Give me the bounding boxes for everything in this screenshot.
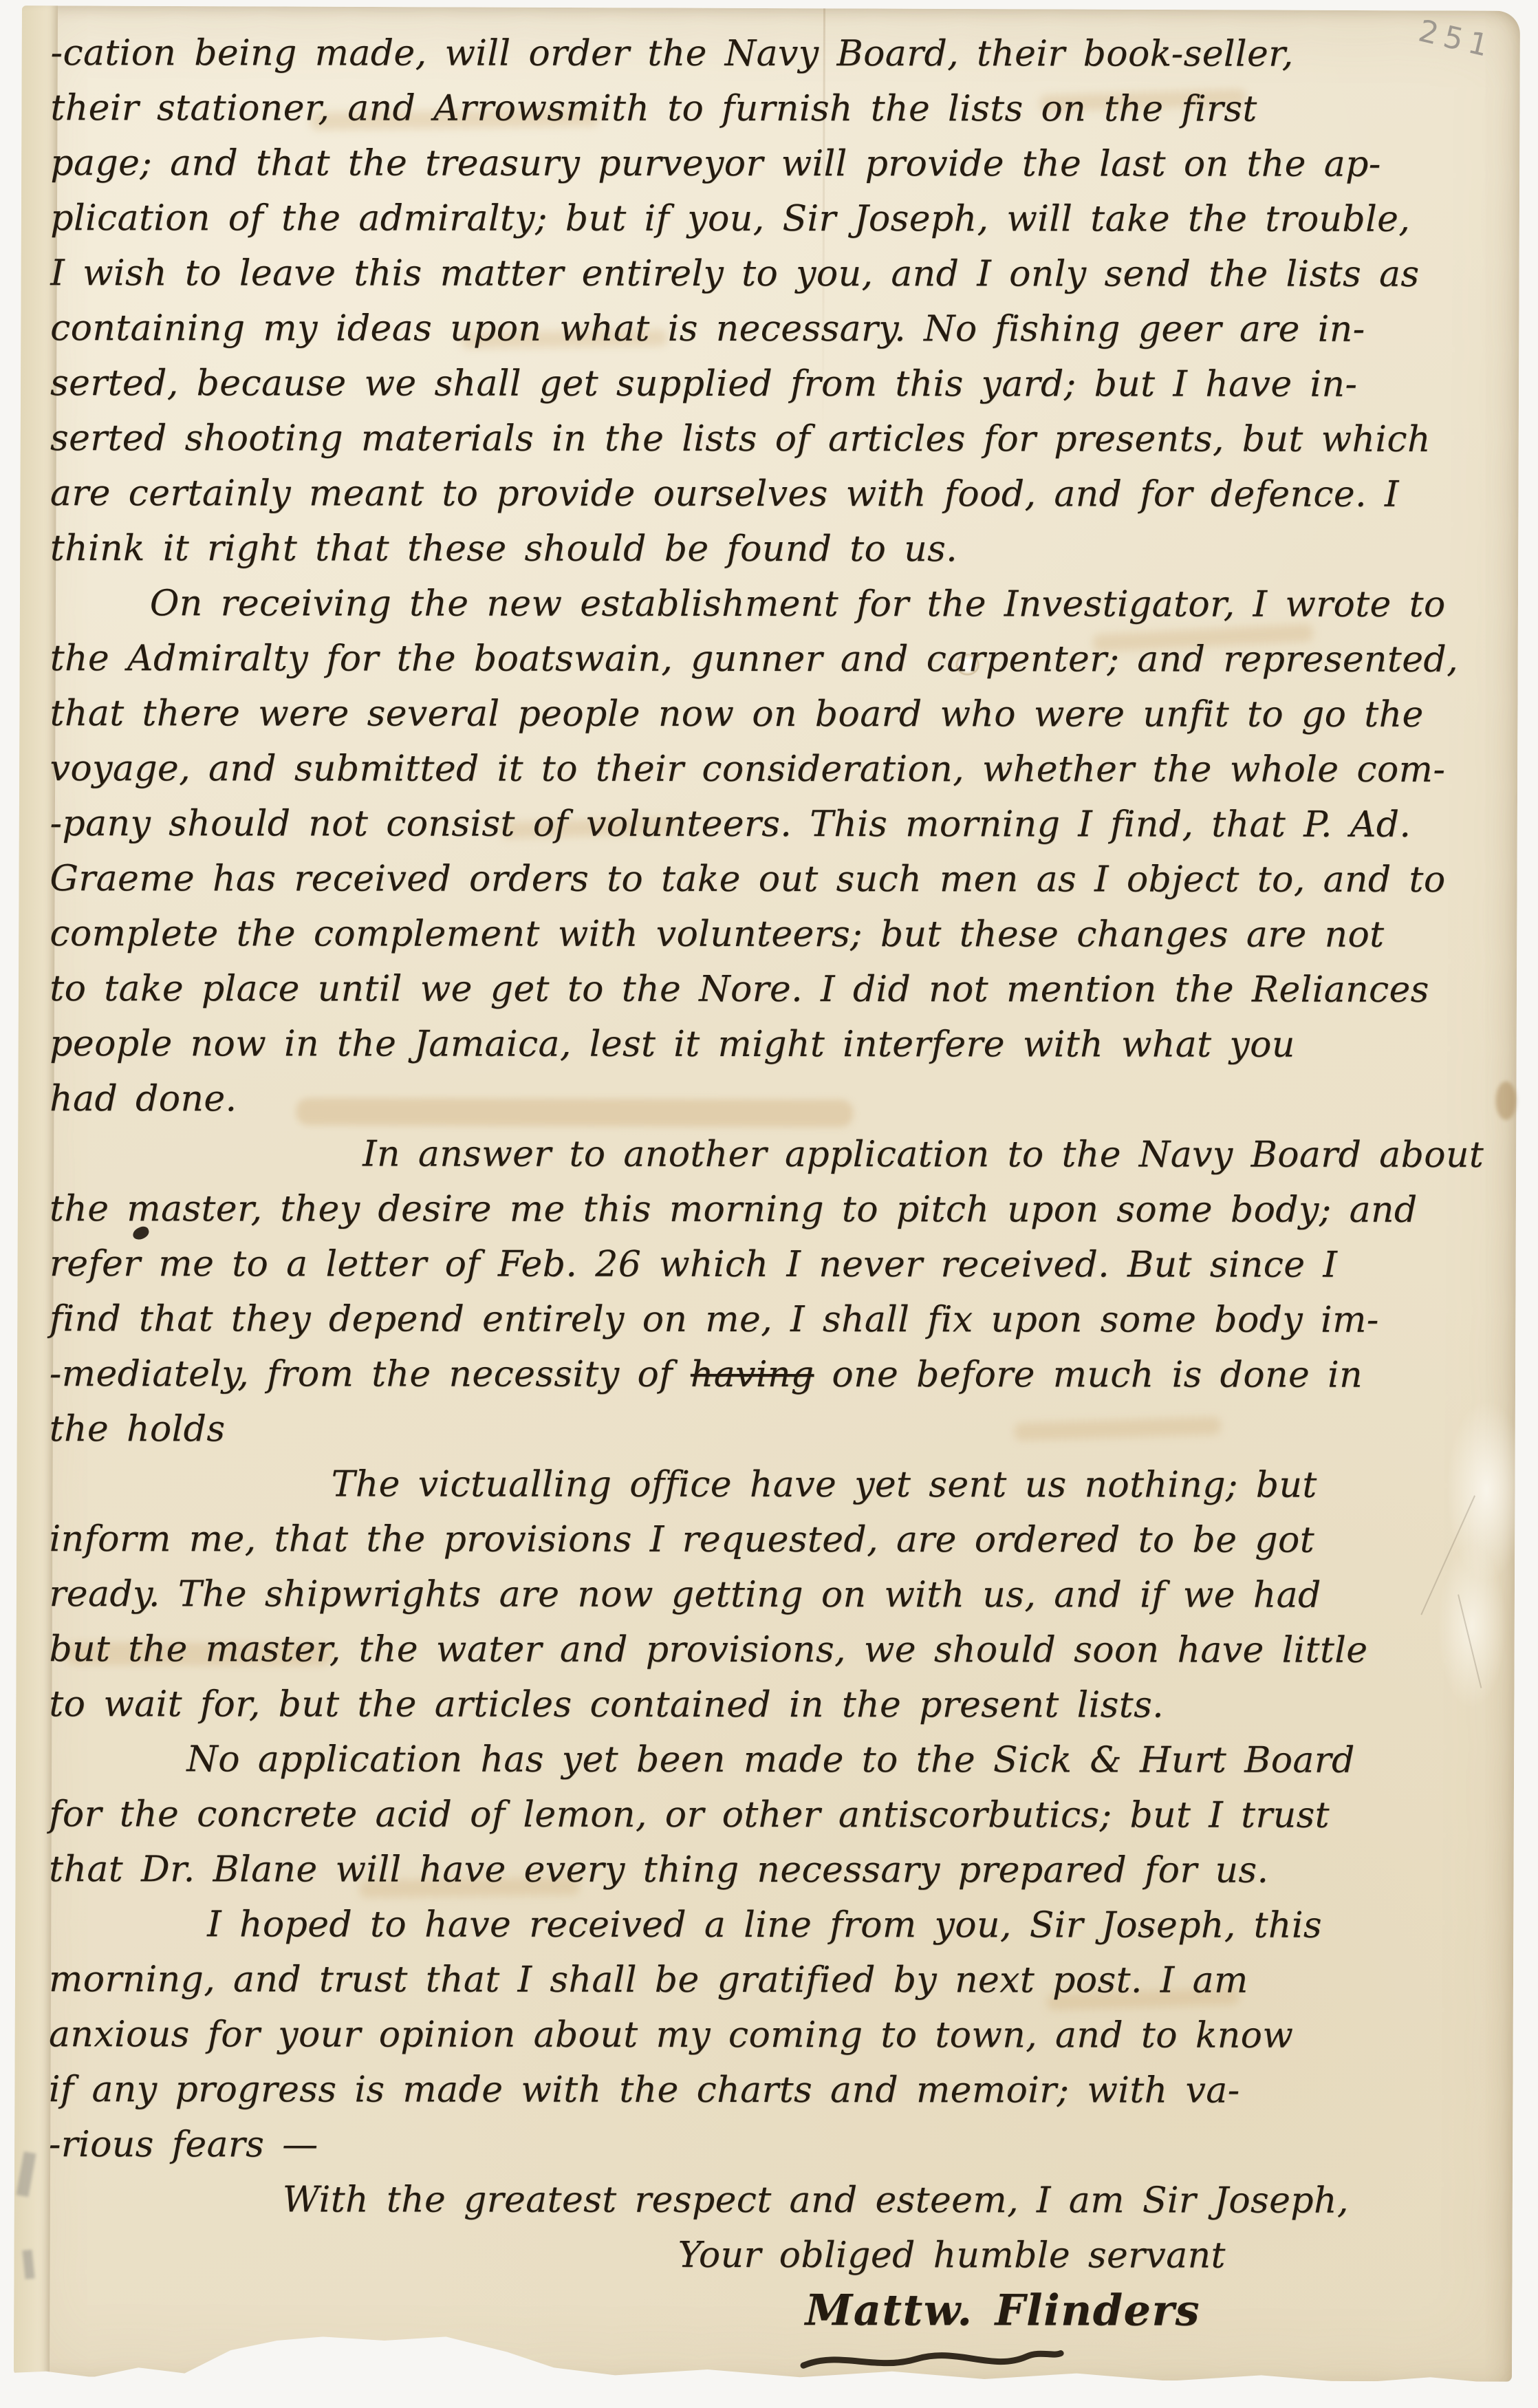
letter-scan: 251 -cation being made, will order the N… xyxy=(0,0,1538,2408)
manuscript-line: but the master, the water and provisions… xyxy=(49,1622,1493,1678)
letter-page: 251 -cation being made, will order the N… xyxy=(14,6,1520,2382)
manuscript-line: that there were several people now on bo… xyxy=(50,686,1495,742)
edge-stain xyxy=(1495,1082,1516,1120)
manuscript-line: With the greatest respect and esteem, I … xyxy=(283,2172,1493,2228)
manuscript-line: In answer to another application to the … xyxy=(362,1127,1494,1183)
manuscript-line: I hoped to have received a line from you… xyxy=(207,1897,1493,1953)
manuscript-line: -cation being made, will order the Navy … xyxy=(50,25,1495,82)
manuscript-line: -pany should not consist of volunteers. … xyxy=(50,796,1494,852)
manuscript-line: containing my ideas upon what is necessa… xyxy=(50,301,1495,357)
manuscript-line: the Admiralty for the boatswain, gunner … xyxy=(50,631,1495,687)
manuscript-line: On receiving the new establishment for t… xyxy=(150,576,1495,632)
manuscript-line: serted, because we shall get supplied fr… xyxy=(50,356,1495,412)
manuscript-line: think it right that these should be foun… xyxy=(50,521,1495,577)
manuscript-line: to take place until we get to the Nore. … xyxy=(50,961,1494,1018)
manuscript-line: inform me, that the provisions I request… xyxy=(50,1512,1494,1568)
manuscript-line: people now in the Jamaica, lest it might… xyxy=(50,1016,1494,1073)
manuscript-line: had done. xyxy=(50,1071,1494,1128)
manuscript-line: ready. The shipwrights are now getting o… xyxy=(50,1567,1494,1623)
manuscript-line: anxious for your opinion about my coming… xyxy=(49,2007,1493,2063)
manuscript-line: are certainly meant to provide ourselves… xyxy=(50,466,1495,522)
strikethrough-word: having xyxy=(691,1354,814,1395)
manuscript-line: voyage, and submitted it to their consid… xyxy=(50,741,1495,797)
manuscript-line: plication of the admiralty; but if you, … xyxy=(50,191,1495,247)
manuscript-line: Graeme has received orders to take out s… xyxy=(50,851,1494,907)
manuscript-line: page; and that the treasury purveyor wil… xyxy=(50,136,1495,192)
manuscript-line: I wish to leave this matter entirely to … xyxy=(50,246,1495,302)
manuscript-line: the master, they desire me this morning … xyxy=(50,1181,1494,1238)
letter-body: -cation being made, will order the Navy … xyxy=(49,25,1495,2339)
manuscript-line: for the concrete acid of lemon, or other… xyxy=(49,1787,1493,1843)
manuscript-line: -mediately, from the necessity of having… xyxy=(50,1346,1494,1403)
manuscript-line: Your obliged humble servant xyxy=(678,2228,1493,2283)
manuscript-line: find that they depend entirely on me, I … xyxy=(50,1291,1494,1348)
manuscript-line: the holds xyxy=(50,1401,1494,1458)
manuscript-line: complete the complement with volunteers;… xyxy=(50,906,1494,963)
signature-flourish xyxy=(798,2345,1066,2376)
manuscript-line: refer me to a letter of Feb. 26 which I … xyxy=(50,1236,1494,1293)
manuscript-line: to wait for, but the articles contained … xyxy=(49,1677,1493,1733)
manuscript-line: their stationer, and Arrowsmith to furni… xyxy=(50,80,1495,137)
manuscript-line: that Dr. Blane will have every thing nec… xyxy=(49,1842,1493,1898)
manuscript-line: morning, and trust that I shall be grati… xyxy=(49,1952,1493,2008)
manuscript-line: No application has yet been made to the … xyxy=(186,1732,1493,1788)
signature-line: Mattw. Flinders xyxy=(805,2283,1493,2339)
manuscript-line: serted shooting materials in the lists o… xyxy=(50,411,1495,467)
manuscript-line: The victualling office have yet sent us … xyxy=(332,1456,1494,1512)
manuscript-line: if any progress is made with the charts … xyxy=(49,2062,1493,2118)
manuscript-line: -rious fears — xyxy=(49,2117,1493,2173)
